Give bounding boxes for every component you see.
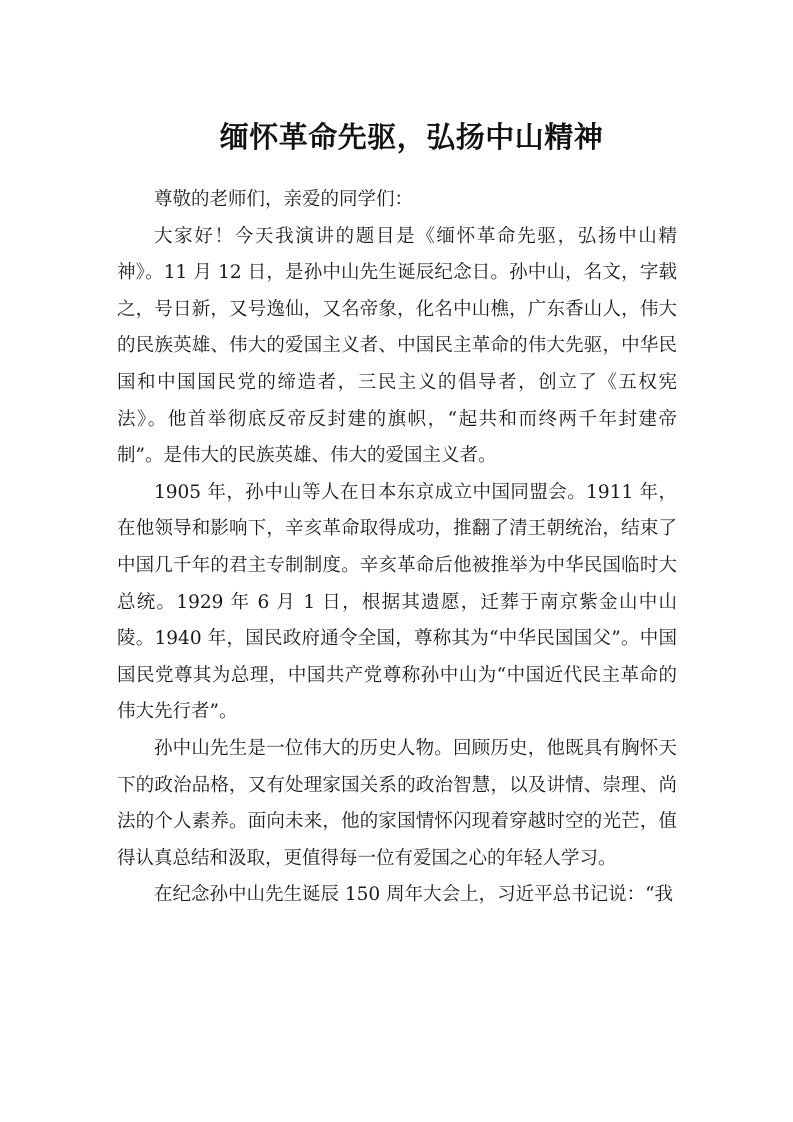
paragraph-quote: 在纪念孙中山先生诞辰 150 周年大会上，习近平总书记说：“我 bbox=[117, 877, 677, 914]
paragraph-legacy: 孙中山先生是一位伟大的历史人物。回顾历史，他既具有胸怀天下的政治品格，又有处理家… bbox=[117, 731, 677, 877]
document-title: 缅怀革命先驱，弘扬中山精神 bbox=[0, 115, 793, 159]
document-page: 缅怀革命先驱，弘扬中山精神 尊敬的老师们，亲爱的同学们： 大家好！今天我演讲的题… bbox=[0, 0, 793, 1122]
paragraph-intro: 大家好！今天我演讲的题目是《缅怀革命先驱，弘扬中山精神》。11 月 12 日，是… bbox=[117, 219, 677, 475]
paragraph-history: 1905 年，孙中山等人在日本东京成立中国同盟会。1911 年，在他领导和影响下… bbox=[117, 475, 677, 731]
document-body: 尊敬的老师们，亲爱的同学们： 大家好！今天我演讲的题目是《缅怀革命先驱，弘扬中山… bbox=[117, 182, 677, 914]
greeting-paragraph: 尊敬的老师们，亲爱的同学们： bbox=[117, 182, 677, 219]
